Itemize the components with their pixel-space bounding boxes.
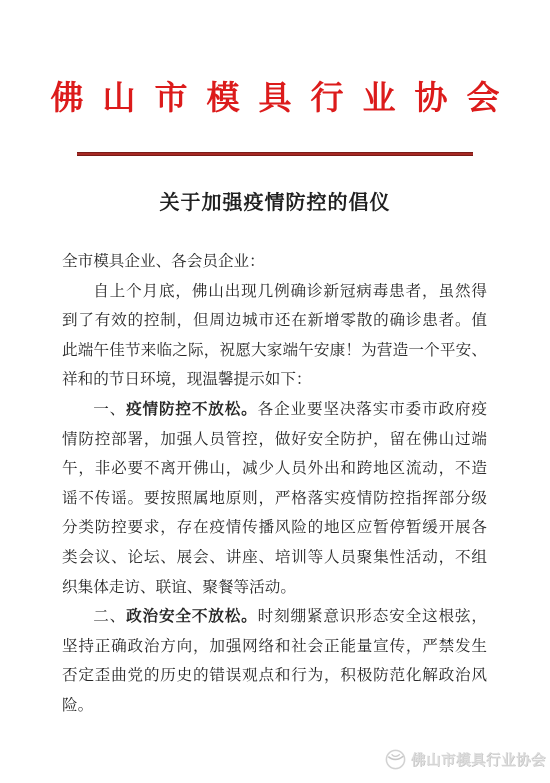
text-run: 各企业要坚决落实市委市政府疫 bbox=[258, 401, 487, 418]
document-title: 关于加强疫情防控的倡仪 bbox=[0, 189, 550, 217]
text-run: 时刻绷紧意识形态安全这根弦， bbox=[258, 608, 487, 625]
body-line-14: 坚持正确政治方向，加强网络和社会正能量宣传，严禁发生 bbox=[62, 632, 487, 662]
body-line-6: 一、疫情防控不放松。各企业要坚决落实市委市政府疫 bbox=[62, 395, 487, 425]
text-run: 到了有效的控制，但周边城市还在新增零散的确诊患者。值 bbox=[62, 312, 487, 329]
watermark: 佛山市模具行业协会 bbox=[384, 748, 546, 771]
text-run: 自上个月底，佛山出现几例确诊新冠病毒患者，虽然得 bbox=[93, 283, 487, 300]
body-line-7: 情防控部署，加强人员管控，做好安全防护，留在佛山过端 bbox=[62, 425, 487, 455]
document-page: 佛山市模具行业协会 关于加强疫情防控的倡仪 全市模具企业、各会员企业：自上个月底… bbox=[0, 0, 550, 783]
text-run: 谣不传谣。要按照属地原则，严格落实疫情防控指挥部分级 bbox=[62, 490, 487, 507]
red-divider-line bbox=[77, 152, 473, 156]
watermark-text: 佛山市模具行业协会 bbox=[411, 749, 546, 770]
body-line-5: 祥和的节日环境，现温馨提示如下： bbox=[62, 365, 487, 395]
text-run: 午，非必要不离开佛山，减少人员外出和跨地区流动，不造 bbox=[62, 460, 487, 477]
letterhead-title: 佛山市模具行业协会 bbox=[51, 72, 519, 119]
body-line-8: 午，非必要不离开佛山，减少人员外出和跨地区流动，不造 bbox=[62, 454, 487, 484]
association-logo-icon bbox=[384, 748, 407, 771]
text-run: 此端午佳节来临之际，祝愿大家端午安康！为营造一个平安、 bbox=[62, 342, 487, 359]
text-run: 否定歪曲党的历史的错误观点和行为，积极防范化解政治风 bbox=[62, 667, 487, 684]
text-run: 织集体走访、联谊、聚餐等活动。 bbox=[62, 579, 296, 596]
body-line-13: 二、政治安全不放松。时刻绷紧意识形态安全这根弦， bbox=[62, 602, 487, 632]
body-line-12: 织集体走访、联谊、聚餐等活动。 bbox=[62, 573, 487, 603]
body-line-16: 险。 bbox=[62, 691, 487, 721]
text-run: 一、 bbox=[93, 401, 126, 418]
body-line-4: 此端午佳节来临之际，祝愿大家端午安康！为营造一个平安、 bbox=[62, 336, 487, 366]
document-body: 全市模具企业、各会员企业：自上个月底，佛山出现几例确诊新冠病毒患者，虽然得到了有… bbox=[62, 247, 487, 721]
body-line-15: 否定歪曲党的历史的错误观点和行为，积极防范化解政治风 bbox=[62, 661, 487, 691]
body-line-3: 到了有效的控制，但周边城市还在新增零散的确诊患者。值 bbox=[62, 306, 487, 336]
text-run: 祥和的节日环境，现温馨提示如下： bbox=[62, 371, 312, 388]
text-run: 险。 bbox=[62, 697, 93, 714]
text-run: 类会议、论坛、展会、讲座、培训等人员聚集性活动，不组 bbox=[62, 549, 487, 566]
letterhead: 佛山市模具行业协会 bbox=[0, 72, 550, 119]
body-line-1: 全市模具企业、各会员企业： bbox=[62, 247, 487, 277]
bold-text-run: 政治安全不放松。 bbox=[126, 608, 258, 625]
text-run: 分类防控要求，存在疫情传播风险的地区应暂停暂缓开展各 bbox=[62, 519, 487, 536]
body-line-11: 类会议、论坛、展会、讲座、培训等人员聚集性活动，不组 bbox=[62, 543, 487, 573]
text-run: 情防控部署，加强人员管控，做好安全防护，留在佛山过端 bbox=[62, 431, 487, 448]
text-run: 全市模具企业、各会员企业： bbox=[62, 253, 265, 270]
body-line-9: 谣不传谣。要按照属地原则，严格落实疫情防控指挥部分级 bbox=[62, 484, 487, 514]
text-run: 坚持正确政治方向，加强网络和社会正能量宣传，严禁发生 bbox=[62, 638, 487, 655]
body-line-2: 自上个月底，佛山出现几例确诊新冠病毒患者，虽然得 bbox=[62, 277, 487, 307]
body-line-10: 分类防控要求，存在疫情传播风险的地区应暂停暂缓开展各 bbox=[62, 513, 487, 543]
text-run: 二、 bbox=[93, 608, 126, 625]
bold-text-run: 疫情防控不放松。 bbox=[126, 401, 258, 418]
